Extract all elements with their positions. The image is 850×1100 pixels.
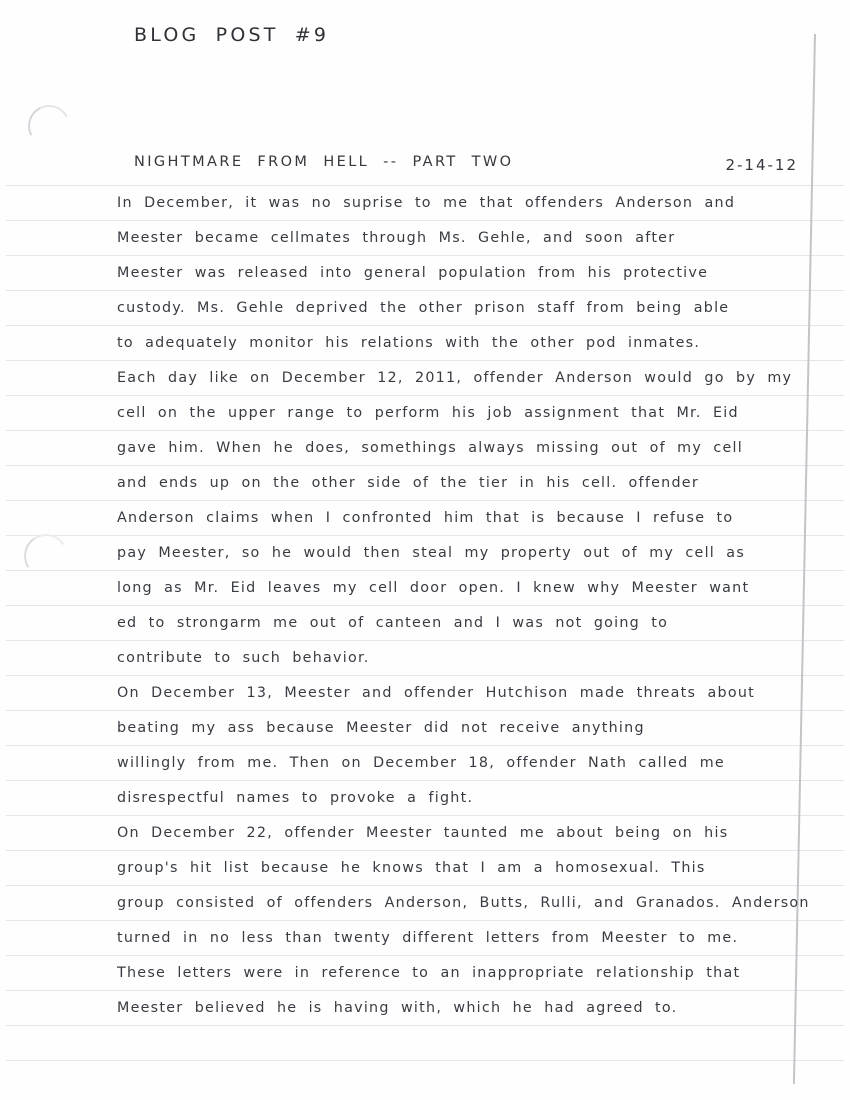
handwritten-line: On December 22, offender Meester taunted… [117, 816, 807, 851]
handwritten-body: In December, it was no suprise to me tha… [117, 186, 807, 1026]
punch-hole-bottom [20, 530, 72, 582]
document-title: NIGHTMARE FROM HELL -- PART TWO [134, 154, 513, 170]
handwritten-line: to adequately monitor his relations with… [117, 326, 807, 361]
handwritten-line: Meester became cellmates through Ms. Geh… [117, 221, 807, 256]
handwritten-line: gave him. When he does, somethings alway… [117, 431, 807, 466]
handwritten-line: custody. Ms. Gehle deprived the other pr… [117, 291, 807, 326]
blog-post-label: BLOG POST #9 [134, 24, 329, 46]
document-date: 2-14-12 [725, 156, 798, 174]
handwritten-line: ed to strongarm me out of canteen and I … [117, 606, 807, 641]
handwritten-line: Anderson claims when I confronted him th… [117, 501, 807, 536]
handwritten-line: Each day like on December 12, 2011, offe… [117, 361, 807, 396]
handwritten-line: disrespectful names to provoke a fight. [117, 781, 807, 816]
handwritten-line: These letters were in reference to an in… [117, 956, 807, 991]
handwritten-line: group's hit list because he knows that I… [117, 851, 807, 886]
handwritten-line: contribute to such behavior. [117, 641, 807, 676]
handwritten-line: beating my ass because Meester did not r… [117, 711, 807, 746]
handwritten-line: pay Meester, so he would then steal my p… [117, 536, 807, 571]
heading-row: NIGHTMARE FROM HELL -- PART TWO 2-14-12 [134, 154, 800, 186]
handwritten-line: Meester believed he is having with, whic… [117, 991, 807, 1026]
handwritten-line: group consisted of offenders Anderson, B… [117, 886, 807, 921]
handwritten-line: long as Mr. Eid leaves my cell door open… [117, 571, 807, 606]
handwritten-line: and ends up on the other side of the tie… [117, 466, 807, 501]
handwritten-line: cell on the upper range to perform his j… [117, 396, 807, 431]
handwritten-line: On December 13, Meester and offender Hut… [117, 676, 807, 711]
handwritten-line: In December, it was no suprise to me tha… [117, 186, 807, 221]
punch-hole-top [23, 100, 76, 153]
handwritten-line: turned in no less than twenty different … [117, 921, 807, 956]
handwritten-line: willingly from me. Then on December 18, … [117, 746, 807, 781]
handwritten-line: Meester was released into general popula… [117, 256, 807, 291]
scanned-document-page: BLOG POST #9 NIGHTMARE FROM HELL -- PART… [0, 0, 850, 1100]
